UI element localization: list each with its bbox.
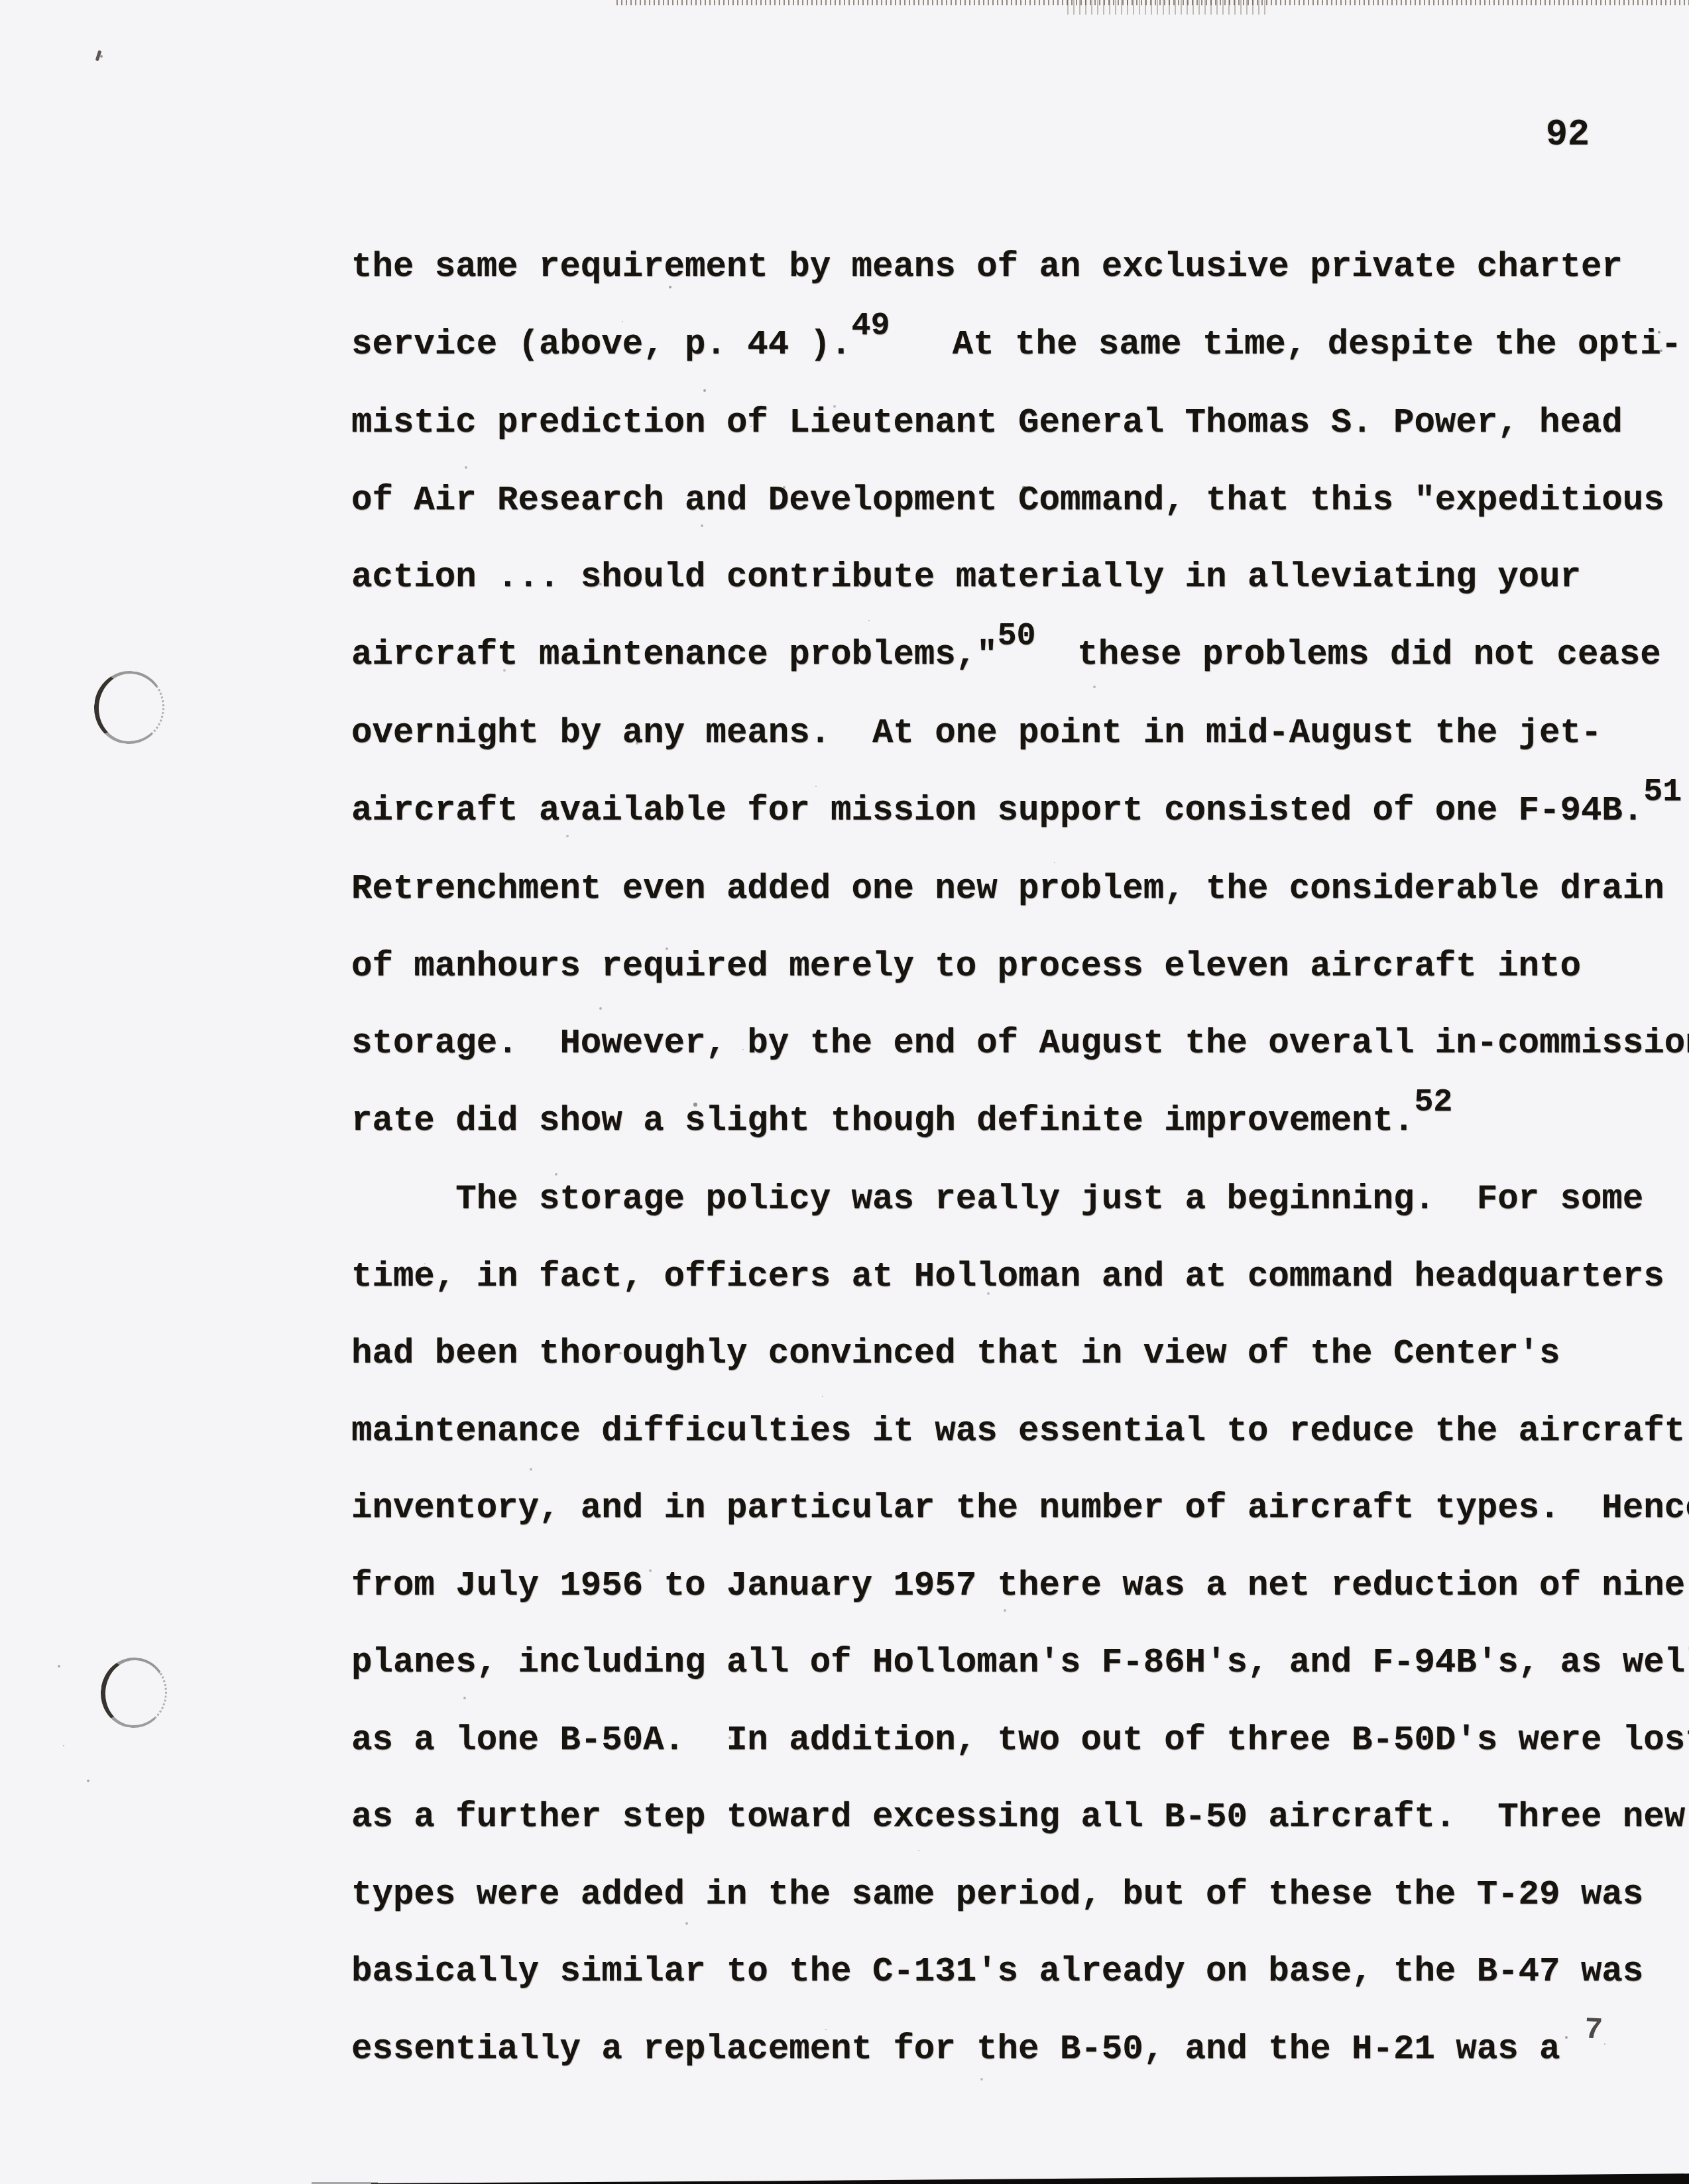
text-line: from July 1956 to January 1957 there was…: [351, 1547, 1689, 1624]
text-segment: as a lone B-50A. In addition, two out of…: [351, 1720, 1689, 1760]
text-segment: aircraft maintenance problems,": [351, 635, 998, 674]
text-segment: aircraft available for mission support c…: [351, 790, 1643, 830]
text-segment: of manhours required merely to process e…: [351, 946, 1581, 986]
text-segment: of Air Research and Development Command,…: [351, 480, 1664, 520]
stray-ink-mark: 7: [1584, 2012, 1603, 2047]
text-line: inventory, and in particular the number …: [351, 1469, 1689, 1547]
text-segment: planes, including all of Holloman's F-86…: [351, 1642, 1689, 1682]
toner-speckle: [0, 0, 1, 1]
punch-hole-ring-top: [91, 668, 168, 747]
text-line: essentially a replacement for the B-50, …: [351, 2010, 1689, 2088]
footnote-marker: 52: [1414, 1085, 1452, 1121]
scanned-document-page: 92 the same requirement by means of an e…: [0, 0, 1689, 2184]
punch-hole-ring-bottom: [97, 1654, 171, 1731]
text-segment: basically similar to the C-131's already…: [351, 1951, 1643, 1991]
text-line: rate did show a slight though definite i…: [351, 1082, 1689, 1161]
text-line: aircraft maintenance problems,"50 these …: [351, 616, 1689, 695]
text-segment: time, in fact, officers at Holloman and …: [351, 1256, 1664, 1296]
text-line: the same requirement by means of an excl…: [351, 228, 1689, 306]
text-line: time, in fact, officers at Holloman and …: [351, 1238, 1689, 1315]
text-line: action ... should contribute materially …: [351, 538, 1689, 616]
text-line: The storage policy was really just a beg…: [351, 1160, 1689, 1238]
text-segment: storage. However, by the end of August t…: [351, 1023, 1689, 1063]
text-segment: service (above, p. 44 ).: [351, 324, 852, 364]
text-line: maintenance difficulties it was essentia…: [351, 1392, 1689, 1470]
text-line: storage. However, by the end of August t…: [351, 1004, 1689, 1082]
text-segment: overnight by any means. At one point in …: [351, 713, 1602, 753]
text-segment: rate did show a slight though definite i…: [351, 1101, 1414, 1140]
text-line: planes, including all of Holloman's F-86…: [351, 1624, 1689, 1701]
text-segment: types were added in the same period, but…: [351, 1874, 1643, 1914]
text-segment: these problems did not cease: [1035, 635, 1660, 674]
text-segment: maintenance difficulties it was essentia…: [351, 1411, 1685, 1451]
text-segment: had been thoroughly convinced that in vi…: [351, 1333, 1560, 1373]
text-line: of Air Research and Development Command,…: [351, 461, 1689, 539]
scan-artifact-top-edge-streaks: [1067, 0, 1266, 15]
footnote-marker: 51: [1643, 774, 1682, 810]
text-line: service (above, p. 44 ).49 At the same t…: [351, 306, 1689, 385]
text-line: Retrenchment even added one new problem,…: [351, 850, 1689, 928]
text-line: aircraft available for mission support c…: [351, 772, 1689, 851]
text-segment: as a further step toward excessing all B…: [351, 1797, 1685, 1837]
text-line: mistic prediction of Lieutenant General …: [351, 384, 1689, 461]
text-segment: action ... should contribute materially …: [351, 557, 1581, 597]
text-line: of manhours required merely to process e…: [351, 928, 1689, 1005]
text-line: as a further step toward excessing all B…: [351, 1778, 1689, 1856]
text-line: as a lone B-50A. In addition, two out of…: [351, 1701, 1689, 1779]
ink-tick-mark: [95, 50, 102, 62]
text-segment: from July 1956 to January 1957 there was…: [351, 1565, 1685, 1605]
text-segment: The storage policy was really just a beg…: [351, 1179, 1643, 1219]
page-number: 92: [1546, 114, 1590, 156]
text-line: overnight by any means. At one point in …: [351, 694, 1689, 772]
text-segment: mistic prediction of Lieutenant General …: [351, 402, 1623, 442]
text-segment: the same requirement by means of an excl…: [351, 247, 1623, 286]
text-segment: essentially a replacement for the B-50, …: [351, 2029, 1560, 2069]
scan-artifact-bottom-edge: [371, 2173, 1689, 2184]
text-line: types were added in the same period, but…: [351, 1856, 1689, 1933]
text-line: basically similar to the C-131's already…: [351, 1933, 1689, 2010]
footnote-marker: 49: [852, 308, 890, 344]
text-segment: At the same time, despite the opti-: [890, 324, 1682, 364]
text-body: the same requirement by means of an excl…: [351, 228, 1689, 2087]
text-segment: inventory, and in particular the number …: [351, 1488, 1689, 1528]
text-line: had been thoroughly convinced that in vi…: [351, 1315, 1689, 1392]
text-segment: Retrenchment even added one new problem,…: [351, 869, 1664, 908]
footnote-marker: 50: [998, 619, 1036, 654]
